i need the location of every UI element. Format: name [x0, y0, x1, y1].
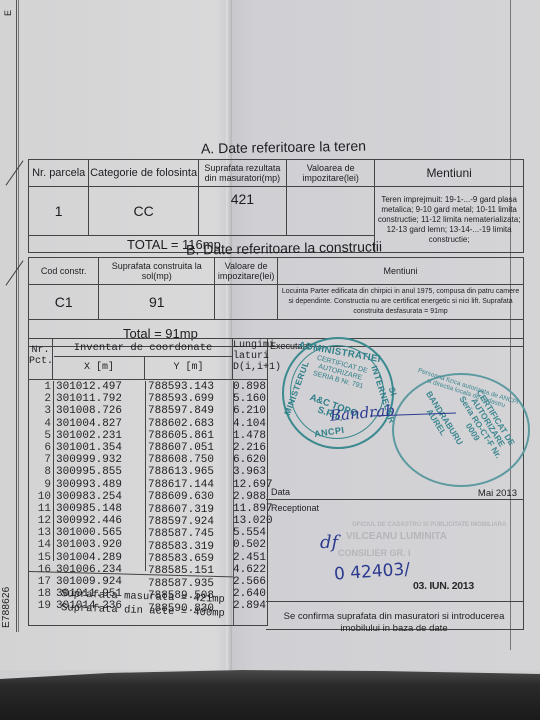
cell-nr-parcela: 1	[29, 187, 89, 236]
table-row: 7300999.932788608.7506.620	[29, 454, 267, 466]
cell-cod: C1	[29, 285, 99, 320]
coordinates-rows: 1301012.497788593.1430.8982301011.792788…	[29, 381, 267, 613]
side-code: E788626	[1, 587, 12, 628]
cell-y: 788593.143	[146, 381, 236, 393]
table-row: 5301002.231788605.8611.478	[29, 430, 267, 442]
cell-nr: 4	[29, 418, 51, 430]
cell-d: 5.160	[233, 393, 265, 405]
margin-line	[16, 0, 17, 632]
col-valoare: Valoarea de impozitare(lei)	[287, 160, 375, 187]
cell-y: 788607.051	[146, 442, 236, 454]
construction-table: Cod constr. Suprafata construita la sol(…	[28, 257, 524, 347]
cell-d: 6.210	[233, 405, 265, 417]
cell-nr: 19	[29, 600, 51, 612]
table-row: 8300995.855788613.9653.963	[29, 466, 267, 478]
authorized-person-stamp: Persoana fizica autorizata de ANCPI si d…	[392, 373, 530, 487]
col-suprafata-constr: Suprafata construita la sol(mp)	[99, 258, 215, 285]
cell-suprafata-constr: 91	[99, 285, 215, 320]
cell-x: 300999.932	[54, 454, 146, 466]
table-row: 17301009.924788587.9352.566	[29, 576, 267, 588]
cell-x: 301003.920	[54, 539, 146, 551]
table-row: 13301000.565788587.7455.554	[29, 527, 267, 539]
cell-x: 301001.354	[54, 442, 146, 454]
cell-valoare	[287, 187, 375, 236]
ancpi-stamp: ADMINISTRATIEI MINISTERUL SI INTERNELOR …	[282, 337, 394, 449]
cell-nr: 3	[29, 405, 51, 417]
cell-y: 788597.849	[146, 405, 236, 417]
cell-x: 301000.565	[54, 527, 146, 539]
col-cod: Cod constr.	[29, 258, 99, 285]
cell-nr: 2	[29, 393, 51, 405]
col-categorie: Categorie de folosinta	[89, 160, 198, 187]
cell-nr: 10	[29, 491, 51, 503]
cell-x: 301008.726	[54, 405, 146, 417]
cell-d: 12.697	[233, 479, 265, 491]
col-mentiuni: Mentiuni	[375, 160, 524, 187]
table-row: 1301012.497788593.1430.898	[29, 381, 267, 393]
cell-nr: 1	[29, 381, 51, 393]
cell-x: 301004.827	[54, 418, 146, 430]
reception-initials: df	[320, 532, 338, 553]
table-row: 4301004.827788602.6834.104	[29, 418, 267, 430]
section-b-title: B. Date referitoare la constructii	[186, 238, 382, 257]
col-inventar: Inventar de coordonate	[54, 339, 233, 357]
box-divider	[266, 601, 523, 602]
registration-date: 03. IUN. 2013	[413, 580, 474, 592]
table-row: 15301004.289788583.6592.451	[29, 552, 267, 564]
coordinates-table: Nr. Pct. Inventar de coordonate X [m] Y …	[28, 338, 268, 626]
cell-y: 788605.861	[146, 430, 236, 442]
col-nr-pct: Nr. Pct.	[29, 339, 53, 379]
cell-d: 4.622	[233, 564, 265, 576]
cell-d: 2.640	[233, 588, 265, 600]
col-lungimi: Lungimi laturi D(i,i+1)	[233, 339, 267, 379]
cell-d: 2.894	[233, 600, 265, 612]
side-code-top: E	[3, 10, 13, 16]
col-lungimi-label: Lungimi	[233, 340, 267, 351]
col-pct-label: Pct.	[29, 356, 52, 367]
cell-d: 3.963	[233, 466, 265, 478]
cell-mentiuni: Teren imprejmuit: 19-1-...-9 gard plasa …	[375, 187, 524, 253]
cell-x: 300992.446	[54, 515, 146, 527]
cell-x: 301004.289	[54, 552, 146, 564]
cell-d: 2.216	[233, 442, 265, 454]
cell-nr: 15	[29, 552, 51, 564]
cell-nr: 14	[29, 539, 51, 551]
reception-stamp-name: VILCEANU LUMINITA	[346, 531, 447, 542]
cell-d: 0.502	[233, 539, 265, 551]
cell-nr: 9	[29, 479, 51, 491]
cell-d: 13.020	[233, 515, 265, 527]
cell-x: 300995.855	[54, 466, 146, 478]
table-row: 2301011.792788593.6995.160	[29, 393, 267, 405]
col-d-label: D(i,i+1)	[233, 362, 267, 373]
cell-x: 300983.254	[54, 491, 146, 503]
cell-nr: 18	[29, 588, 51, 600]
data-label: Data	[271, 487, 290, 497]
confirmation-text: Se confirma suprafata din masuratori si …	[274, 611, 514, 635]
cell-y: 788608.750	[146, 454, 236, 466]
cell-nr: 17	[29, 576, 51, 588]
cell-nr: 13	[29, 527, 51, 539]
cell-x: 301012.497	[54, 381, 146, 393]
cell-valoare-constr	[215, 285, 278, 320]
cell-y: 788613.965	[146, 466, 236, 478]
cell-d: 2.566	[233, 576, 265, 588]
col-nr-label: Nr.	[29, 345, 52, 356]
cell-d: 1.478	[233, 430, 265, 442]
cell-nr: 12	[29, 515, 51, 527]
cell-nr: 7	[29, 454, 51, 466]
cell-x: 300993.489	[54, 479, 146, 491]
cell-y: 788607.319	[146, 504, 236, 516]
header-divider	[29, 379, 267, 380]
cell-d: 2.988	[233, 491, 265, 503]
section-a-title: A. Date referitoare la teren	[201, 138, 366, 157]
reception-stamp-office: OFICIUL DE CADASTRU SI PUBLICITATE IMOBI…	[352, 522, 506, 528]
cell-nr: 11	[29, 503, 51, 515]
box-divider	[266, 499, 523, 500]
cell-nr: 6	[29, 442, 51, 454]
cell-y: 788609.630	[146, 491, 236, 503]
cell-nr: 5	[29, 430, 51, 442]
col-suprafata: Suprafata rezultata din masuratori(mp)	[198, 160, 286, 187]
cell-x: 300985.148	[54, 503, 146, 515]
cell-d: 0.898	[233, 381, 265, 393]
cell-x: 301009.924	[54, 576, 146, 588]
reception-stamp-role: CONSILIER GR. I	[338, 548, 411, 558]
data-value: Mai 2013	[478, 488, 517, 499]
col-mentiuni-constr: Mentiuni	[278, 258, 524, 285]
receptionat-label: Receptionat	[271, 503, 319, 513]
cell-x: 301002.231	[54, 430, 146, 442]
table-row: 6301001.354788607.0512.216	[29, 442, 267, 454]
cell-d: 2.451	[233, 552, 265, 564]
col-nr-parcela: Nr. parcela	[29, 160, 89, 187]
col-valoare-constr: Valoare de impozitare(lei)	[215, 258, 278, 285]
cell-d: 4.104	[233, 418, 265, 430]
table-row: 9300993.489788617.14412.697	[29, 479, 267, 491]
table-row: 12300992.446788597.92413.020	[29, 515, 267, 527]
cell-categorie: CC	[89, 187, 198, 236]
cell-y: 788602.683	[146, 418, 236, 430]
cell-nr: 8	[29, 466, 51, 478]
cell-suprafata: 421	[198, 187, 286, 236]
land-table: Nr. parcela Categorie de folosinta Supra…	[28, 159, 524, 253]
cell-y: 788617.144	[146, 479, 236, 491]
cell-d: 6.620	[233, 454, 265, 466]
table-row: 10300983.254788609.6302.988	[29, 491, 267, 503]
table-row: 11300985.148788607.31911.897	[29, 503, 267, 515]
cell-nr: 16	[29, 564, 51, 576]
cell-y: 788597.924	[146, 516, 236, 528]
cell-mentiuni-constr: Locuinta Parter edificata din chirpici i…	[278, 285, 524, 320]
col-laturi-label: laturi	[233, 351, 267, 362]
table-row: 3301008.726788597.8496.210	[29, 405, 267, 417]
table-row: 14301003.920788583.3190.502	[29, 539, 267, 551]
col-y: Y [m]	[145, 357, 233, 379]
background-surface	[0, 670, 540, 720]
cell-x: 301011.792	[54, 393, 146, 405]
cell-d: 11.897	[233, 503, 265, 515]
margin-line	[18, 0, 19, 632]
col-x: X [m]	[54, 357, 145, 379]
cell-d: 5.554	[233, 527, 265, 539]
cell-y: 788593.699	[146, 393, 236, 405]
